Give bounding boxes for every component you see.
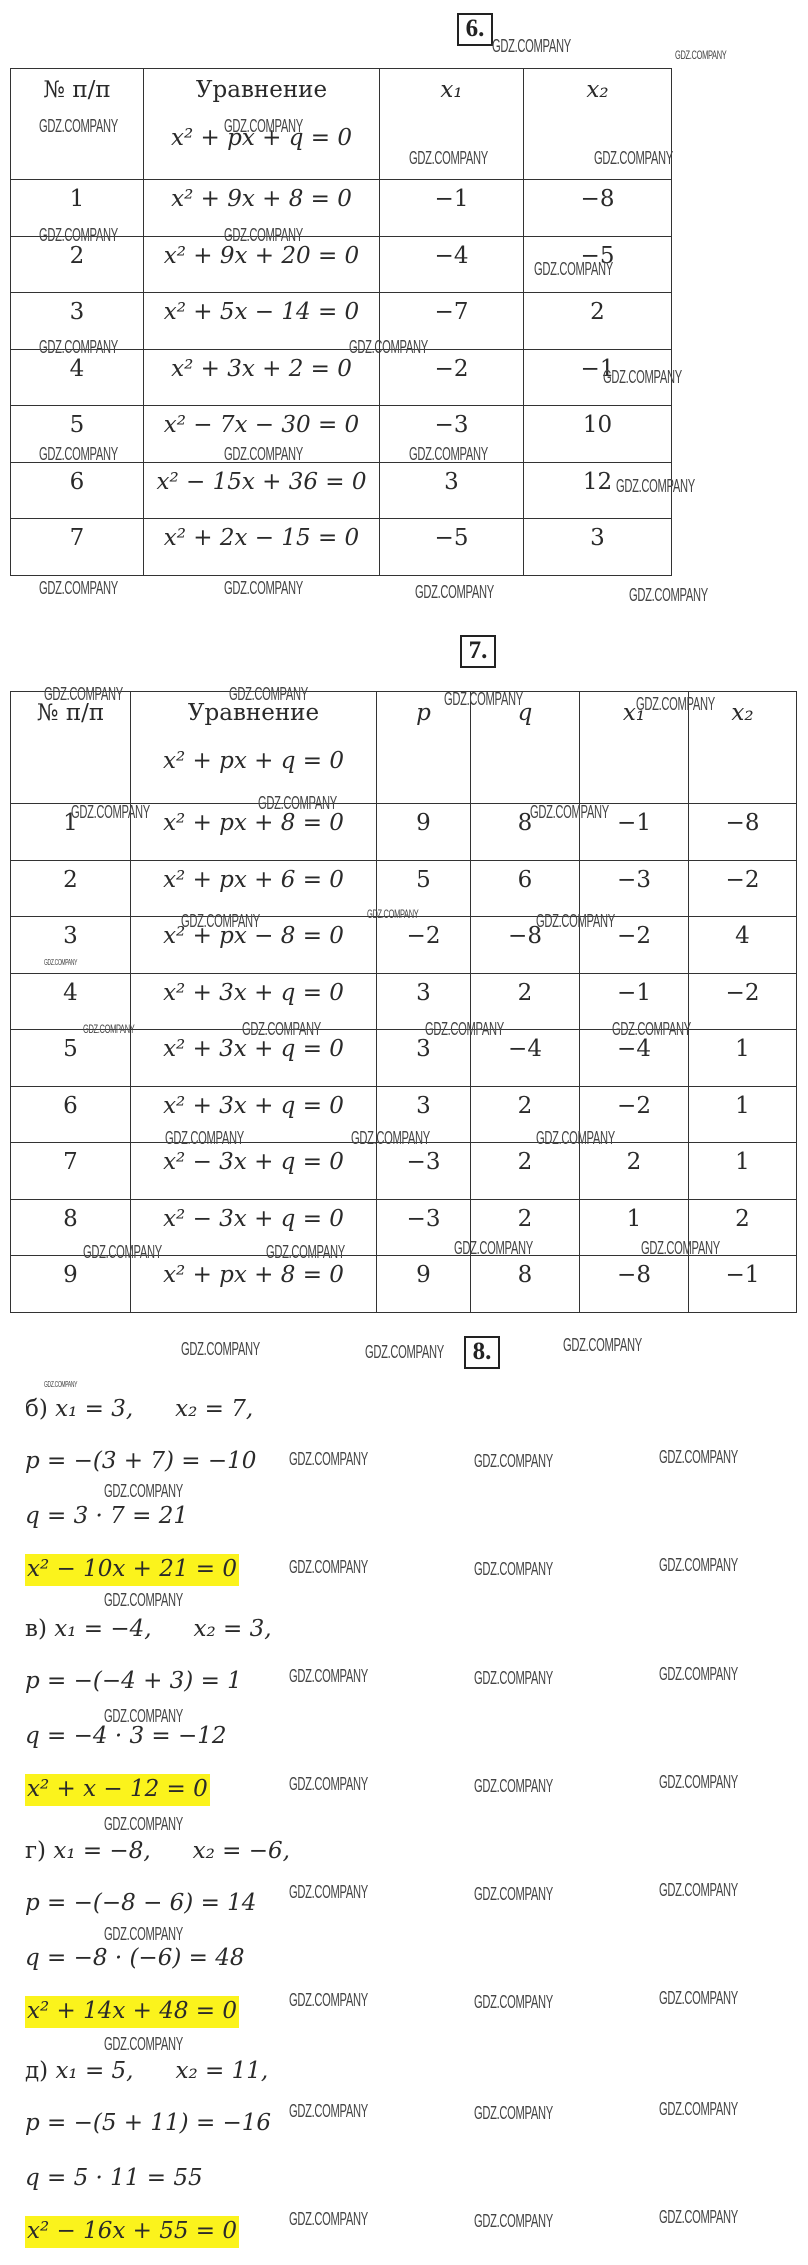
watermark-text: GDZ.COMPANY (104, 1924, 183, 1945)
cell-x2: 3 (524, 519, 672, 576)
watermark-text: GDZ.COMPANY (659, 1880, 738, 1901)
watermark-text: GDZ.COMPANY (474, 2211, 553, 2232)
task-6-number: 6. (457, 13, 493, 46)
cell-x2: −2 (689, 973, 797, 1030)
result-equation-highlighted: x² + x − 12 = 0 (25, 1774, 210, 1806)
watermark-text: GDZ.COMPANY (289, 1774, 368, 1795)
cell-x2: −8 (524, 180, 672, 237)
cell-x1: −3 (580, 860, 689, 917)
q-line: q = −8 · (−6) = 48 (25, 1945, 244, 1971)
cell-x2: −2 (689, 860, 797, 917)
cell-eq: x² + 2x − 15 = 0 (144, 519, 380, 576)
q-formula: q = −8 · (−6) = 48 (25, 1945, 244, 1971)
x2-value: x₂ = 7, (175, 1396, 253, 1422)
header-x1: x₁ (580, 692, 689, 804)
watermark-text: GDZ.COMPANY (289, 2101, 368, 2122)
cell-x2: 1 (689, 1086, 797, 1143)
q-line: q = 3 · 7 = 21 (25, 1503, 188, 1529)
cell-p: 3 (377, 1030, 471, 1087)
cell-n: 2 (11, 860, 131, 917)
header-q: q (471, 692, 580, 804)
cell-x1: −1 (580, 973, 689, 1030)
watermark-text: GDZ.COMPANY (39, 578, 118, 599)
task-7-number: 7. (460, 635, 496, 668)
watermark-text: GDZ.COMPANY (289, 1449, 368, 1470)
watermark-text: GDZ.COMPANY (474, 1884, 553, 1905)
cell-x1: 3 (380, 462, 524, 519)
watermark-text: GDZ.COMPANY (474, 2103, 553, 2124)
cell-n: 1 (11, 804, 131, 861)
table-row: 6x² + 3x + q = 032−21 (11, 1086, 797, 1143)
header-x1: x₁ (380, 69, 524, 180)
part-label: б) (25, 1396, 48, 1422)
table-row: 1x² + px + 8 = 098−1−8 (11, 804, 797, 861)
table-row: 8x² − 3x + q = 0−3212 (11, 1199, 797, 1256)
cell-eq: x² + px − 8 = 0 (131, 917, 377, 974)
table-row: 9x² + px + 8 = 098−8−1 (11, 1256, 797, 1313)
q-formula: q = −4 · 3 = −12 (25, 1723, 227, 1749)
watermark-text: GDZ.COMPANY (289, 1990, 368, 2011)
watermark-text: GDZ.COMPANY (474, 1668, 553, 1689)
part-label: д) (25, 2058, 48, 2084)
cell-n: 2 (11, 236, 144, 293)
cell-p: −2 (377, 917, 471, 974)
table-row: 5x² − 7x − 30 = 0−310 (11, 406, 672, 463)
cell-q: 8 (471, 804, 580, 861)
cell-eq: x² + 9x + 20 = 0 (144, 236, 380, 293)
cell-eq: x² + 3x + q = 0 (131, 973, 377, 1030)
cell-q: 2 (471, 1143, 580, 1200)
watermark-text: GDZ.COMPANY (659, 2207, 738, 2228)
table-header-row: № п/п Уравнение x² + px + q = 0 x₁ x₂ (11, 69, 672, 180)
cell-p: 5 (377, 860, 471, 917)
watermark-text: GDZ.COMPANY (659, 1447, 738, 1468)
cell-eq: x² + px + 6 = 0 (131, 860, 377, 917)
header-p: p (377, 692, 471, 804)
result-line: x² − 16x + 55 = 0 (25, 2218, 239, 2244)
cell-eq: x² + 3x + 2 = 0 (144, 349, 380, 406)
watermark-text: GDZ.COMPANY (365, 1342, 444, 1363)
watermark-text: GDZ.COMPANY (104, 1481, 183, 1502)
x2-value: x₂ = 11, (175, 2058, 268, 2084)
header-equation: Уравнение x² + px + q = 0 (144, 69, 380, 180)
result-equation-highlighted: x² − 10x + 21 = 0 (25, 1554, 239, 1586)
cell-n: 5 (11, 406, 144, 463)
cell-n: 5 (11, 1030, 131, 1087)
cell-eq: x² − 3x + q = 0 (131, 1143, 377, 1200)
q-line: q = −4 · 3 = −12 (25, 1723, 227, 1749)
cell-p: 9 (377, 804, 471, 861)
cell-x1: −1 (580, 804, 689, 861)
cell-x1: −5 (380, 519, 524, 576)
watermark-text: GDZ.COMPANY (563, 1335, 642, 1356)
x1-value: x₁ = 5, (55, 2058, 133, 2084)
watermark-text: GDZ.COMPANY (474, 1451, 553, 1472)
table-row: 7x² + 2x − 15 = 0−53 (11, 519, 672, 576)
cell-x2: 2 (689, 1199, 797, 1256)
cell-x2: 4 (689, 917, 797, 974)
cell-x1: −3 (380, 406, 524, 463)
watermark-text: GDZ.COMPANY (224, 578, 303, 599)
x1-value: x₁ = −8, (53, 1838, 150, 1864)
cell-x1: 1 (580, 1199, 689, 1256)
cell-q: 2 (471, 1199, 580, 1256)
cell-eq: x² + 9x + 8 = 0 (144, 180, 380, 237)
cell-x1: −2 (580, 917, 689, 974)
cell-p: −3 (377, 1143, 471, 1200)
table-row: 3x² + 5x − 14 = 0−72 (11, 293, 672, 350)
cell-eq: x² + 5x − 14 = 0 (144, 293, 380, 350)
cell-x2: 1 (689, 1030, 797, 1087)
cell-q: 8 (471, 1256, 580, 1313)
cell-q: −4 (471, 1030, 580, 1087)
watermark-text: GDZ.COMPANY (104, 2034, 183, 2055)
cell-x2: 12 (524, 462, 672, 519)
p-line: p = −(−8 − 6) = 14 (25, 1890, 256, 1916)
watermark-text: GDZ.COMPANY (474, 1992, 553, 2013)
cell-n: 8 (11, 1199, 131, 1256)
watermark-text: GDZ.COMPANY (289, 1666, 368, 1687)
cell-q: 2 (471, 973, 580, 1030)
result-line: x² + x − 12 = 0 (25, 1776, 210, 1802)
header-equation: Уравнение x² + px + q = 0 (131, 692, 377, 804)
header-x2: x₂ (689, 692, 797, 804)
roots-line: в) x₁ = −4,x₂ = 3, (25, 1616, 272, 1642)
cell-eq: x² − 3x + q = 0 (131, 1199, 377, 1256)
cell-p: 3 (377, 973, 471, 1030)
p-formula: p = −(3 + 7) = −10 (25, 1448, 256, 1474)
result-equation-highlighted: x² − 16x + 55 = 0 (25, 2216, 239, 2248)
cell-x2: −8 (689, 804, 797, 861)
cell-x1: 2 (580, 1143, 689, 1200)
header-x2: x₂ (524, 69, 672, 180)
watermark-text: GDZ.COMPANY (492, 36, 571, 57)
watermark-text: GDZ.COMPANY (289, 1557, 368, 1578)
cell-eq: x² + px + 8 = 0 (131, 804, 377, 861)
table-row: 5x² + 3x + q = 03−4−41 (11, 1030, 797, 1087)
cell-x1: −2 (380, 349, 524, 406)
watermark-text: GDZ.COMPANY (104, 1590, 183, 1611)
watermark-text: GDZ.COMPANY (659, 1988, 738, 2009)
watermark-text: GDZ.COMPANY (659, 1772, 738, 1793)
watermark-text: GDZ.COMPANY (289, 1882, 368, 1903)
x1-value: x₁ = −4, (54, 1616, 151, 1642)
watermark-text: GDZ.COMPANY (474, 1776, 553, 1797)
table-row: 4x² + 3x + q = 032−1−2 (11, 973, 797, 1030)
cell-n: 7 (11, 519, 144, 576)
cell-n: 4 (11, 973, 131, 1030)
part-label: в) (25, 1616, 47, 1642)
cell-eq: x² − 15x + 36 = 0 (144, 462, 380, 519)
p-line: p = −(5 + 11) = −16 (25, 2110, 271, 2136)
cell-n: 6 (11, 1086, 131, 1143)
watermark-text: GDZ.COMPANY (181, 1339, 260, 1360)
table-row: 7x² − 3x + q = 0−3221 (11, 1143, 797, 1200)
result-equation-highlighted: x² + 14x + 48 = 0 (25, 1996, 239, 2028)
cell-eq: x² + px + 8 = 0 (131, 1256, 377, 1313)
table-row: 2x² + px + 6 = 056−3−2 (11, 860, 797, 917)
cell-eq: x² + 3x + q = 0 (131, 1030, 377, 1087)
roots-line: б) x₁ = 3,x₂ = 7, (25, 1396, 253, 1422)
cell-x1: −1 (380, 180, 524, 237)
task-6-table: № п/п Уравнение x² + px + q = 0 x₁ x₂ 1x… (10, 68, 672, 576)
task-8-number: 8. (464, 1336, 500, 1369)
x2-value: x₂ = −6, (193, 1838, 290, 1864)
cell-x2: 10 (524, 406, 672, 463)
cell-n: 9 (11, 1256, 131, 1313)
table-row: 6x² − 15x + 36 = 0312 (11, 462, 672, 519)
cell-n: 4 (11, 349, 144, 406)
p-line: p = −(−4 + 3) = 1 (25, 1668, 242, 1694)
table-row: 3x² + px − 8 = 0−2−8−24 (11, 917, 797, 974)
cell-x2: 2 (524, 293, 672, 350)
cell-x2: −1 (689, 1256, 797, 1313)
cell-x1: −2 (580, 1086, 689, 1143)
part-label: г) (25, 1838, 46, 1864)
cell-eq: x² + 3x + q = 0 (131, 1086, 377, 1143)
cell-x1: −4 (380, 236, 524, 293)
cell-x1: −7 (380, 293, 524, 350)
result-line: x² − 10x + 21 = 0 (25, 1556, 239, 1582)
table-row: 1x² + 9x + 8 = 0−1−8 (11, 180, 672, 237)
p-formula: p = −(−8 − 6) = 14 (25, 1890, 256, 1916)
cell-p: 3 (377, 1086, 471, 1143)
p-line: p = −(3 + 7) = −10 (25, 1448, 256, 1474)
header-num: № п/п (11, 69, 144, 180)
x2-value: x₂ = 3, (194, 1616, 272, 1642)
cell-n: 1 (11, 180, 144, 237)
roots-line: г) x₁ = −8,x₂ = −6, (25, 1838, 290, 1864)
watermark-text: GDZ.COMPANY (415, 582, 494, 603)
table-row: 4x² + 3x + 2 = 0−2−1 (11, 349, 672, 406)
watermark-text: GDZ.COMPANY (659, 1555, 738, 1576)
cell-x2: 1 (689, 1143, 797, 1200)
p-formula: p = −(5 + 11) = −16 (25, 2110, 271, 2136)
cell-n: 3 (11, 293, 144, 350)
watermark-text: GDZ.COMPANY (44, 1380, 77, 1389)
roots-line: д) x₁ = 5,x₂ = 11, (25, 2058, 268, 2084)
cell-eq: x² − 7x − 30 = 0 (144, 406, 380, 463)
cell-n: 7 (11, 1143, 131, 1200)
general-equation: x² + px + q = 0 (131, 748, 376, 774)
cell-n: 3 (11, 917, 131, 974)
task-7-table: № п/п Уравнение x² + px + q = 0 p q x₁ x… (10, 691, 797, 1313)
cell-p: −3 (377, 1199, 471, 1256)
cell-q: 2 (471, 1086, 580, 1143)
cell-q: 6 (471, 860, 580, 917)
cell-n: 6 (11, 462, 144, 519)
q-formula: q = 3 · 7 = 21 (25, 1503, 188, 1529)
watermark-text: GDZ.COMPANY (659, 1664, 738, 1685)
x1-value: x₁ = 3, (55, 1396, 133, 1422)
result-line: x² + 14x + 48 = 0 (25, 1998, 239, 2024)
cell-x1: −4 (580, 1030, 689, 1087)
cell-x1: −8 (580, 1256, 689, 1313)
header-num: № п/п (11, 692, 131, 804)
p-formula: p = −(−4 + 3) = 1 (25, 1668, 242, 1694)
cell-q: −8 (471, 917, 580, 974)
watermark-text: GDZ.COMPANY (474, 1559, 553, 1580)
general-equation: x² + px + q = 0 (144, 125, 379, 151)
q-line: q = 5 · 11 = 55 (25, 2165, 203, 2191)
watermark-text: GDZ.COMPANY (659, 2099, 738, 2120)
table-row: 2x² + 9x + 20 = 0−4−5 (11, 236, 672, 293)
cell-x2: −5 (524, 236, 672, 293)
table-header-row: № п/п Уравнение x² + px + q = 0 p q x₁ x… (11, 692, 797, 804)
cell-x2: −1 (524, 349, 672, 406)
watermark-text: GDZ.COMPANY (629, 585, 708, 606)
watermark-text: GDZ.COMPANY (675, 48, 726, 62)
q-formula: q = 5 · 11 = 55 (25, 2165, 203, 2191)
watermark-text: GDZ.COMPANY (289, 2209, 368, 2230)
cell-p: 9 (377, 1256, 471, 1313)
watermark-text: GDZ.COMPANY (104, 1814, 183, 1835)
